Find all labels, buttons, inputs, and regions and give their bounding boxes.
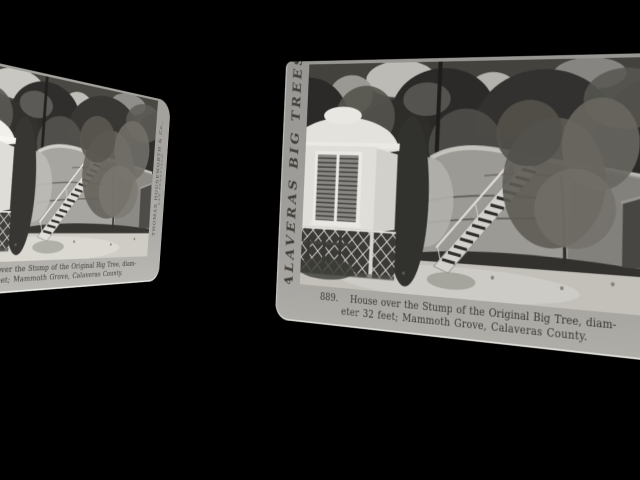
card-caption: 889.House over the Stump of the Original… <box>0 256 160 301</box>
photo-house-over-stump <box>300 57 640 316</box>
stereo-card-left-eye-view: CALAVERAS BIG TREES. THOMAS HOUSEWORTH &… <box>0 44 171 301</box>
catalog-number: 889. <box>320 290 339 304</box>
stereo-card-right-eye-view: CALAVERAS BIG TREES. THOMAS HOUSEWORTH &… <box>275 52 640 364</box>
photo-house-over-stump <box>0 53 158 265</box>
vr-stereo-viewer-frame: CALAVERAS BIG TREES. THOMAS HOUSEWORTH &… <box>0 0 640 480</box>
photograph-frame <box>300 53 640 317</box>
photograph-frame <box>0 50 158 266</box>
